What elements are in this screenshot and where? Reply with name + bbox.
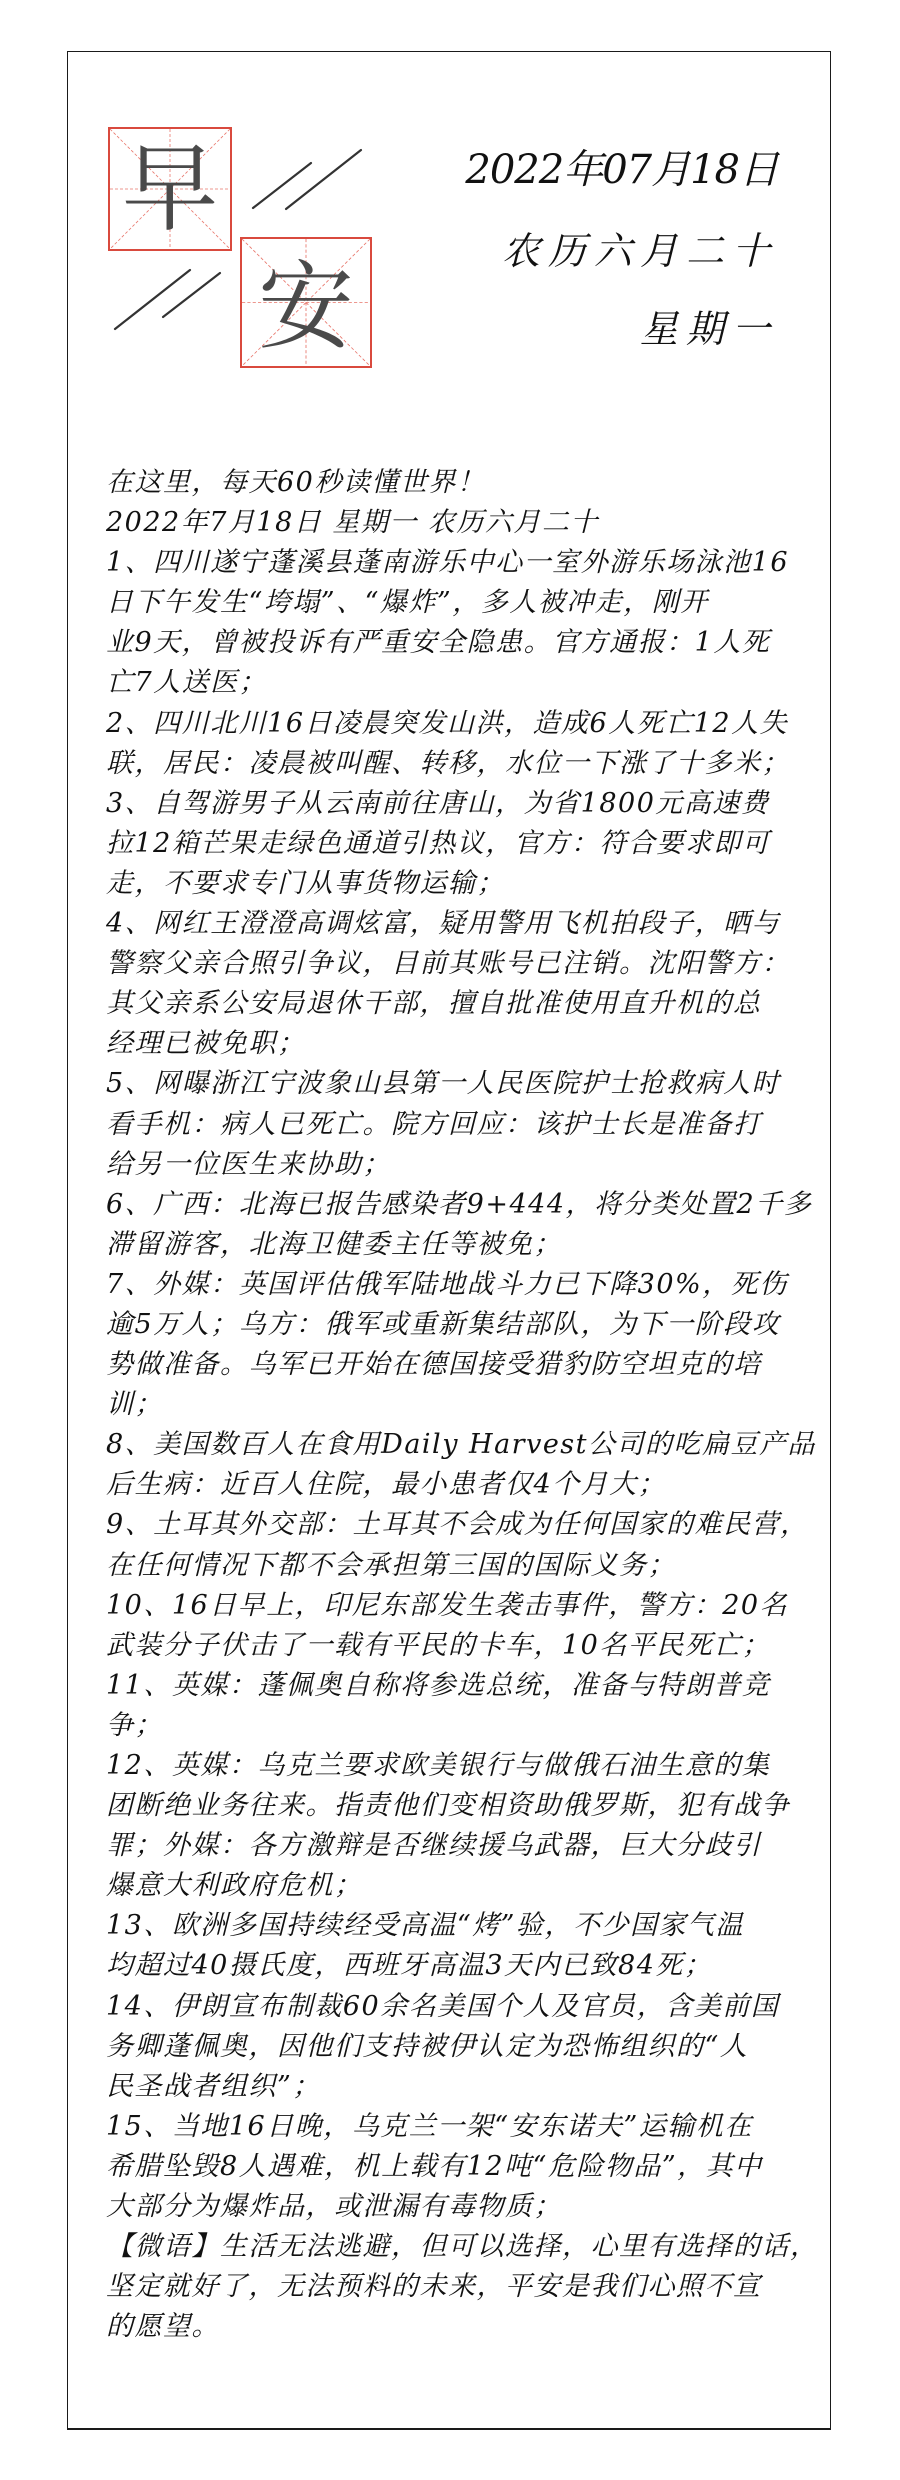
text-line: 联，居民：凌晨被叫醒、转移，水位一下涨了十多米；: [106, 744, 806, 784]
lunar-date-heading: 农历六月二十: [502, 220, 778, 275]
text-line: 【微语】生活无法逃避，但可以选择，心里有选择的话，: [106, 2227, 806, 2267]
text-line: 滞留游客，北海卫健委主任等被免；: [106, 1225, 806, 1265]
greeting-grid-box-1: 早: [108, 127, 232, 251]
greeting-grid-box-2: 安: [240, 237, 372, 368]
greeting-char-zao: 早: [110, 129, 230, 249]
text-line: 务卿蓬佩奥，因他们支持被伊认定为恐怖组织的“人: [106, 2027, 806, 2067]
text-line: 8、美国数百人在食用Daily Harvest公司的吃扁豆产品: [106, 1425, 806, 1465]
text-line: 15、当地16日晚，乌克兰一架“安东诺夫”运输机在: [106, 2107, 806, 2147]
text-line: 争；: [106, 1706, 806, 1746]
text-line: 经理已被免职；: [106, 1024, 806, 1064]
text-line: 业9天，曾被投诉有严重安全隐患。官方通报：1人死: [106, 623, 806, 663]
weekday-heading: 星期一: [640, 298, 778, 353]
text-line: 团断绝业务往来。指责他们变相资助俄罗斯，犯有战争: [106, 1786, 806, 1826]
text-line: 后生病：近百人住院，最小患者仅4个月大；: [106, 1465, 806, 1505]
greeting-char-an: 安: [242, 239, 370, 366]
text-line: 11、英媒：蓬佩奥自称将参选总统，准备与特朗普竞: [106, 1666, 806, 1706]
text-line: 的愿望。: [106, 2307, 806, 2347]
date-heading: 2022年07月18日: [465, 138, 778, 195]
text-line: 7、外媒：英国评估俄军陆地战斗力已下降30%，死伤: [106, 1265, 806, 1305]
text-line: 看手机：病人已死亡。院方回应：该护士长是准备打: [106, 1105, 806, 1145]
text-line: 逾5万人；乌方：俄军或重新集结部队，为下一阶段攻: [106, 1305, 806, 1345]
text-line: 爆意大利政府危机；: [106, 1866, 806, 1906]
text-line: 2022年7月18日 星期一 农历六月二十: [106, 503, 806, 543]
text-line: 警察父亲合照引争议，目前其账号已注销。沈阳警方：: [106, 944, 806, 984]
text-line: 民圣战者组织”；: [106, 2067, 806, 2107]
text-line: 拉12箱芒果走绿色通道引热议，官方：符合要求即可: [106, 824, 806, 864]
text-line: 大部分为爆炸品，或泄漏有毒物质；: [106, 2187, 806, 2227]
text-line: 6、广西：北海已报告感染者9+444，将分类处置2千多: [106, 1185, 806, 1225]
text-line: 在任何情况下都不会承担第三国的国际义务；: [106, 1546, 806, 1586]
text-line: 势做准备。乌军已开始在德国接受猎豹防空坦克的培: [106, 1345, 806, 1385]
text-line: 日下午发生“垮塌”、“爆炸”，多人被冲走，刚开: [106, 583, 806, 623]
text-line: 给另一位医生来协助；: [106, 1145, 806, 1185]
text-line: 3、自驾游男子从云南前往唐山，为省1800元高速费: [106, 784, 806, 824]
text-line: 13、欧洲多国持续经受高温“烤”验，不少国家气温: [106, 1906, 806, 1946]
text-line: 2、四川北川16日凌晨突发山洪，造成6人死亡12人失: [106, 704, 806, 744]
text-line: 亡7人送医；: [106, 663, 806, 703]
text-line: 均超过40摄氏度，西班牙高温3天内已致84死；: [106, 1946, 806, 1986]
text-line: 10、16日早上，印尼东部发生袭击事件，警方：20名: [106, 1586, 806, 1626]
text-line: 1、四川遂宁蓬溪县蓬南游乐中心一室外游乐场泳池16: [106, 543, 806, 583]
text-line: 14、伊朗宣布制裁60余名美国个人及官员，含美前国: [106, 1987, 806, 2027]
text-line: 武装分子伏击了一载有平民的卡车，10名平民死亡；: [106, 1626, 806, 1666]
text-line: 希腊坠毁8人遇难，机上载有12吨“危险物品”，其中: [106, 2147, 806, 2187]
text-line: 罪；外媒：各方激辩是否继续援乌武器，巨大分歧引: [106, 1826, 806, 1866]
text-line: 训；: [106, 1385, 806, 1425]
text-line: 走，不要求专门从事货物运输；: [106, 864, 806, 904]
text-line: 在这里，每天60秒读懂世界！: [106, 463, 806, 503]
text-line: 4、网红王澄澄高调炫富，疑用警用飞机拍段子，晒与: [106, 904, 806, 944]
text-line: 9、土耳其外交部：土耳其不会成为任何国家的难民营，: [106, 1505, 806, 1545]
text-line: 坚定就好了，无法预料的未来，平安是我们心照不宣: [106, 2267, 806, 2307]
news-body: 在这里，每天60秒读懂世界！2022年7月18日 星期一 农历六月二十1、四川遂…: [106, 463, 806, 2347]
text-line: 12、英媒：乌克兰要求欧美银行与做俄石油生意的集: [106, 1746, 806, 1786]
text-line: 其父亲系公安局退休干部，擅自批准使用直升机的总: [106, 984, 806, 1024]
text-line: 5、网曝浙江宁波象山县第一人民医院护士抢救病人时: [106, 1064, 806, 1104]
